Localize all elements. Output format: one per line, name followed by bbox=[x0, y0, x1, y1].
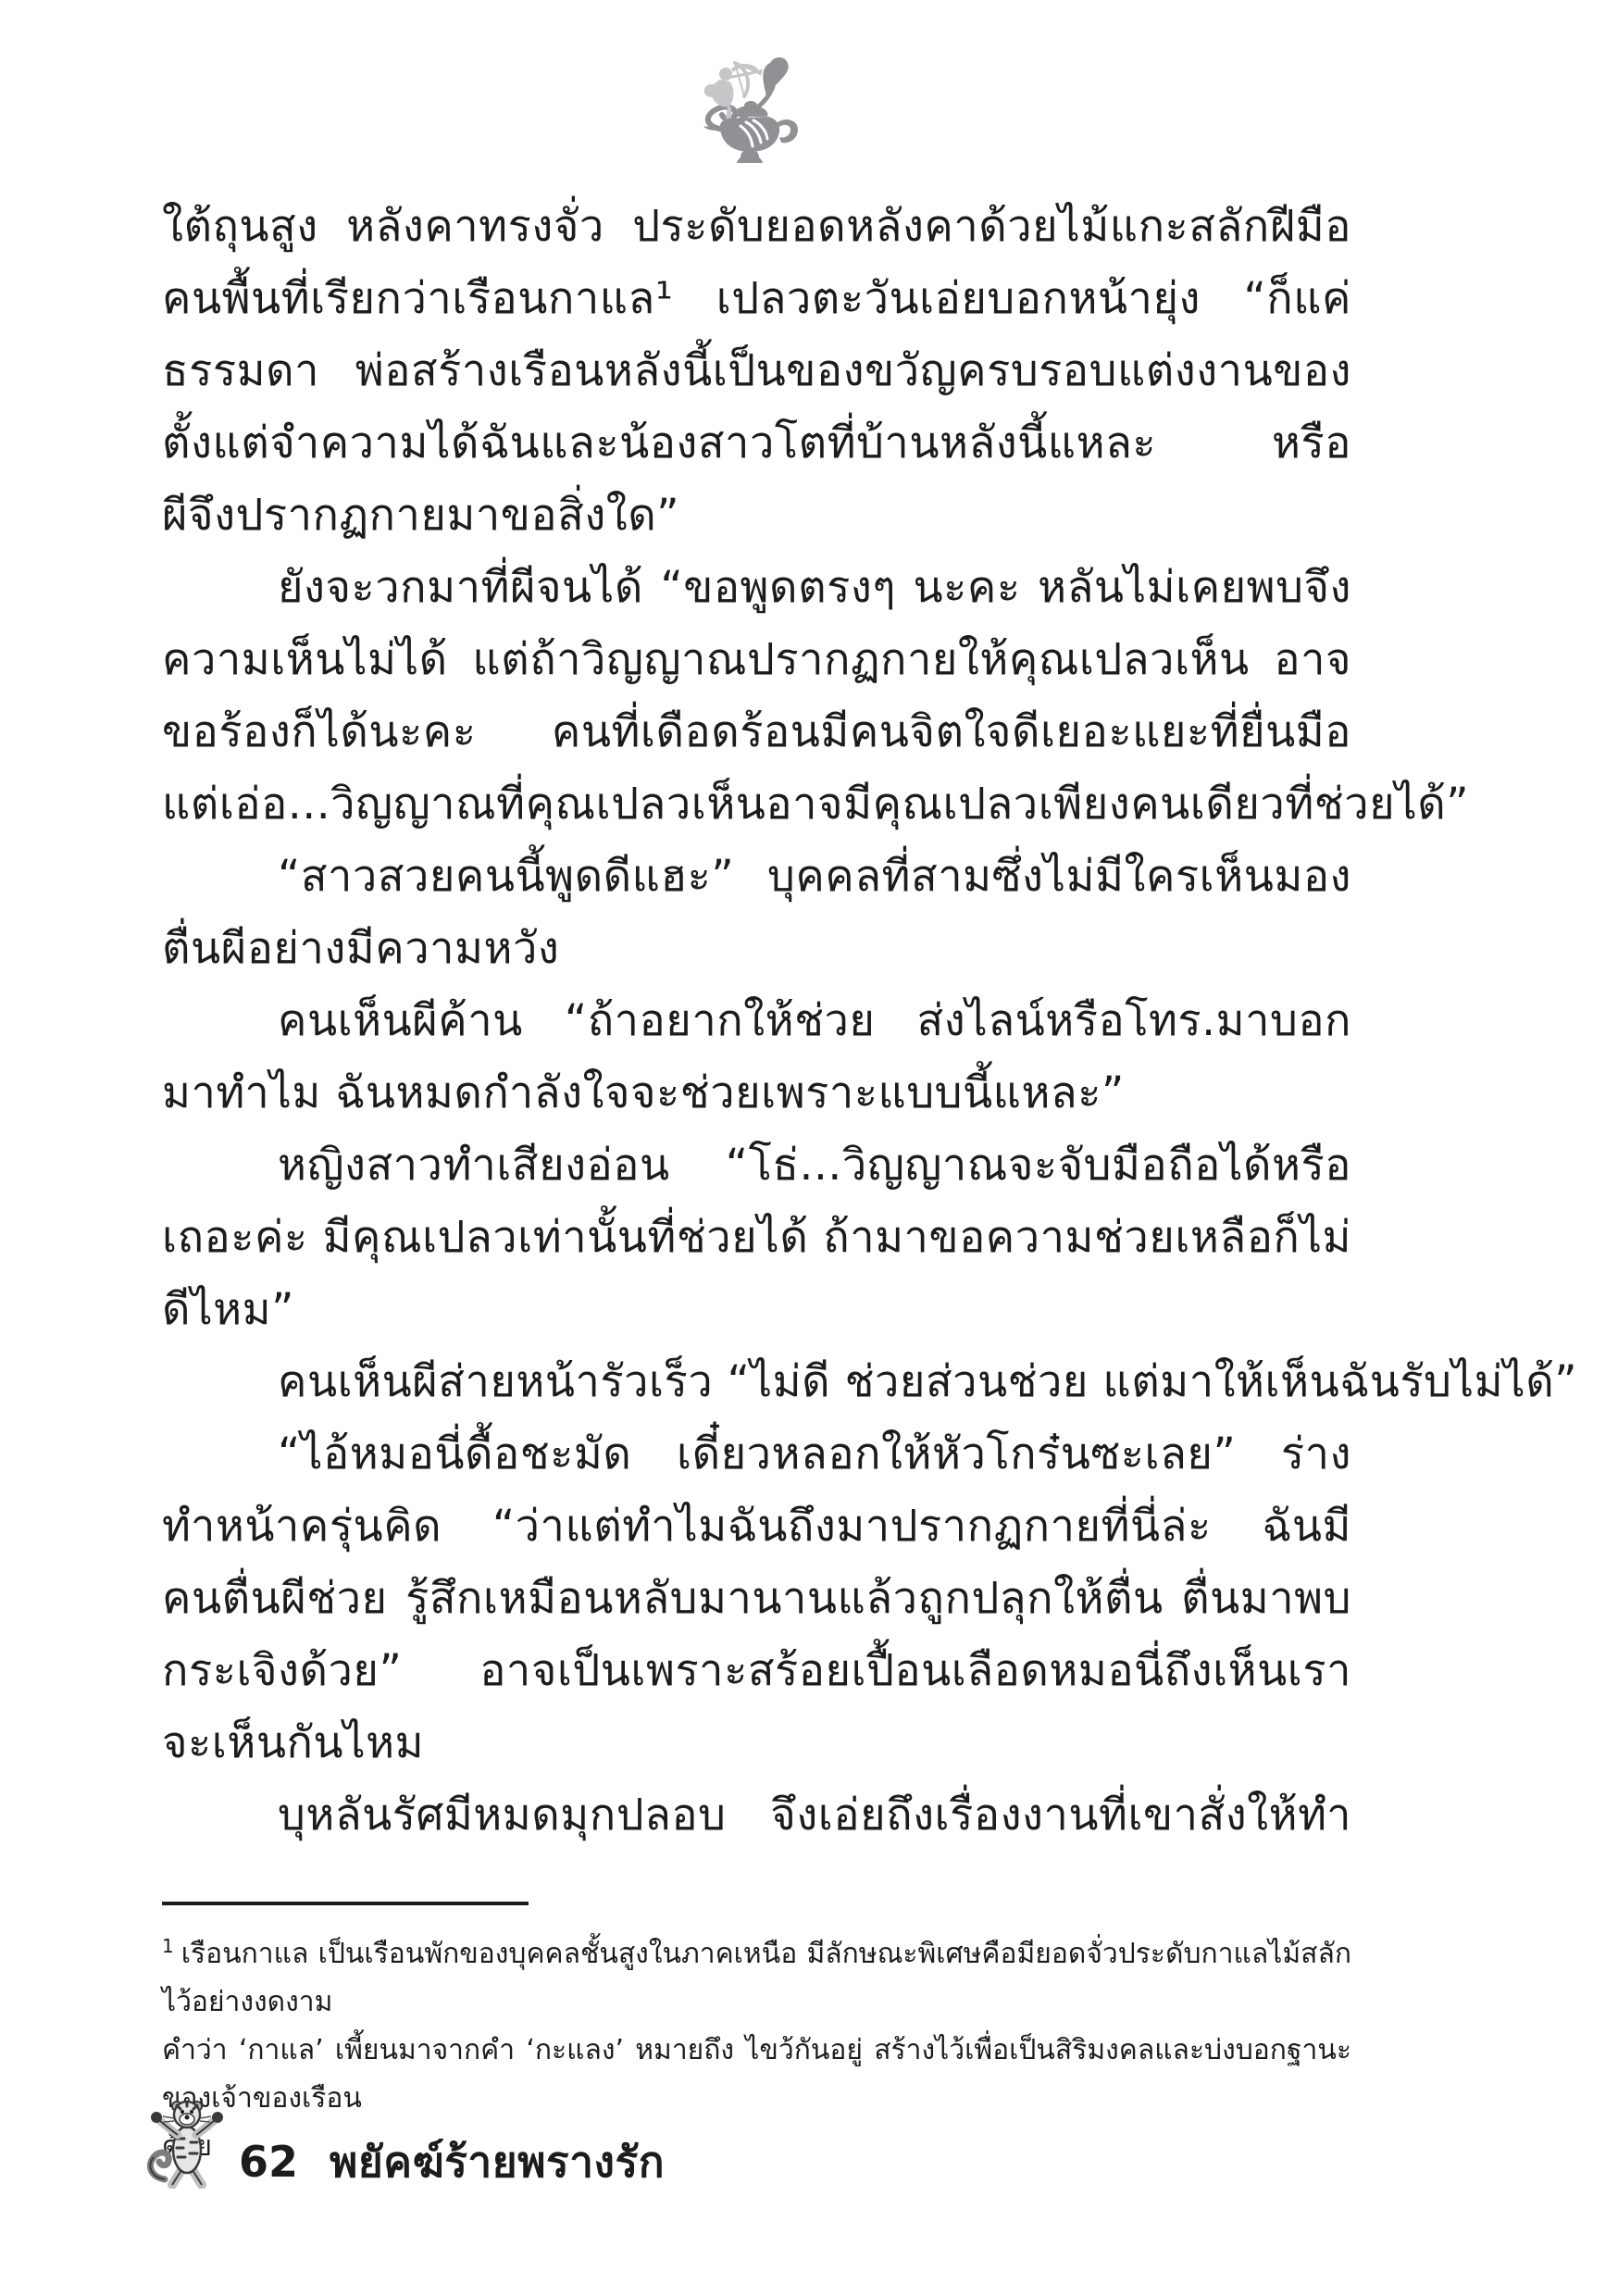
body-line: “สาวสวยคนนี้พูดดีแฮะ” บุคคลที่สามซึ่งไม่… bbox=[162, 841, 1351, 913]
body-line: “ไอ้หมอนี่ดื้อชะมัด เดี๋ยวหลอกให้หัวโกร๋… bbox=[162, 1418, 1351, 1491]
page-footer: 62 พยัคฆ์ร้ายพรางรัก bbox=[146, 2092, 665, 2189]
body-line: ตั้งแต่จำความได้ฉันและน้องสาวโตที่บ้านหล… bbox=[162, 407, 1351, 480]
body-text-block: ใต้ถุนสูง หลังคาทรงจั่ว ประดับยอดหลังคาด… bbox=[162, 191, 1351, 1852]
body-line: คนตื่นผีช่วย รู้สึกเหมือนหลับมานานแล้วถู… bbox=[162, 1563, 1351, 1635]
body-line: บุหลันรัศมีหมดมุกปลอบ จึงเอ่ยถึงเรื่องงา… bbox=[162, 1779, 1351, 1852]
body-line: หญิงสาวทำเสียงอ่อน “โธ่...วิญญาณจะจับมือ… bbox=[162, 1129, 1351, 1202]
body-line: จะเห็นกันไหม bbox=[162, 1707, 1351, 1779]
book-title: พยัคฆ์ร้ายพรางรัก bbox=[330, 2140, 665, 2189]
body-line: ทำหน้าครุ่นคิด “ว่าแต่ทำไมฉันถึงมาปรากฏก… bbox=[162, 1491, 1351, 1563]
page-number: 62 bbox=[239, 2140, 298, 2189]
body-line: มาทำไม ฉันหมดกำลังใจจะช่วยเพราะแบบนี้แหล… bbox=[162, 1057, 1351, 1129]
footnote-line: 1เรือนกาแล เป็นเรือนพักของบุคคลชั้นสูงใน… bbox=[162, 1922, 1351, 2027]
book-page: ใต้ถุนสูง หลังคาทรงจั่ว ประดับยอดหลังคาด… bbox=[0, 0, 1618, 2296]
body-line: ความเห็นไม่ได้ แต่ถ้าวิญญาณปรากฏกายให้คุ… bbox=[162, 624, 1351, 696]
body-line: เถอะค่ะ มีคุณเปลวเท่านั้นที่ช่วยได้ ถ้าม… bbox=[162, 1202, 1351, 1274]
body-line: กระเจิงด้วย” อาจเป็นเพราะสร้อยเปื้อนเลือ… bbox=[162, 1635, 1351, 1707]
body-line: ผีจึงปรากฏกายมาขอสิ่งใด” bbox=[162, 480, 1351, 552]
cupid-lamp-ornament-icon bbox=[694, 54, 805, 168]
body-line: ธรรมดา พ่อสร้างเรือนหลังนี้เป็นของขวัญคร… bbox=[162, 335, 1351, 407]
body-line: คนเห็นผีส่ายหน้ารัวเร็ว “ไม่ดี ช่วยส่วนช… bbox=[162, 1346, 1351, 1418]
body-line: ดีไหม” bbox=[162, 1274, 1351, 1346]
body-line: แต่เอ่อ...วิญญาณที่คุณเปลวเห็นอาจมีคุณเป… bbox=[162, 768, 1351, 841]
body-line: ใต้ถุนสูง หลังคาทรงจั่ว ประดับยอดหลังคาด… bbox=[162, 191, 1351, 263]
footnote-text: เรือนกาแล เป็นเรือนพักของบุคคลชั้นสูงในภ… bbox=[162, 1938, 1351, 2018]
body-line: คนพื้นที่เรียกว่าเรือนกาแล¹ เปลวตะวันเอ่… bbox=[162, 263, 1351, 335]
footnote-divider bbox=[162, 1902, 529, 1905]
body-line: ขอร้องก็ได้นะคะ คนที่เดือดร้อนมีคนจิตใจด… bbox=[162, 696, 1351, 768]
footnote-marker: 1 bbox=[162, 1935, 174, 1957]
body-line: คนเห็นผีค้าน “ถ้าอยากให้ช่วย ส่งไลน์หรือ… bbox=[162, 985, 1351, 1057]
tiger-mascot-icon bbox=[146, 2092, 228, 2189]
body-line: ยังจะวกมาที่ผีจนได้ “ขอพูดตรงๆ นะคะ หลัน… bbox=[162, 552, 1351, 624]
body-line: ตื่นผีอย่างมีความหวัง bbox=[162, 913, 1351, 985]
